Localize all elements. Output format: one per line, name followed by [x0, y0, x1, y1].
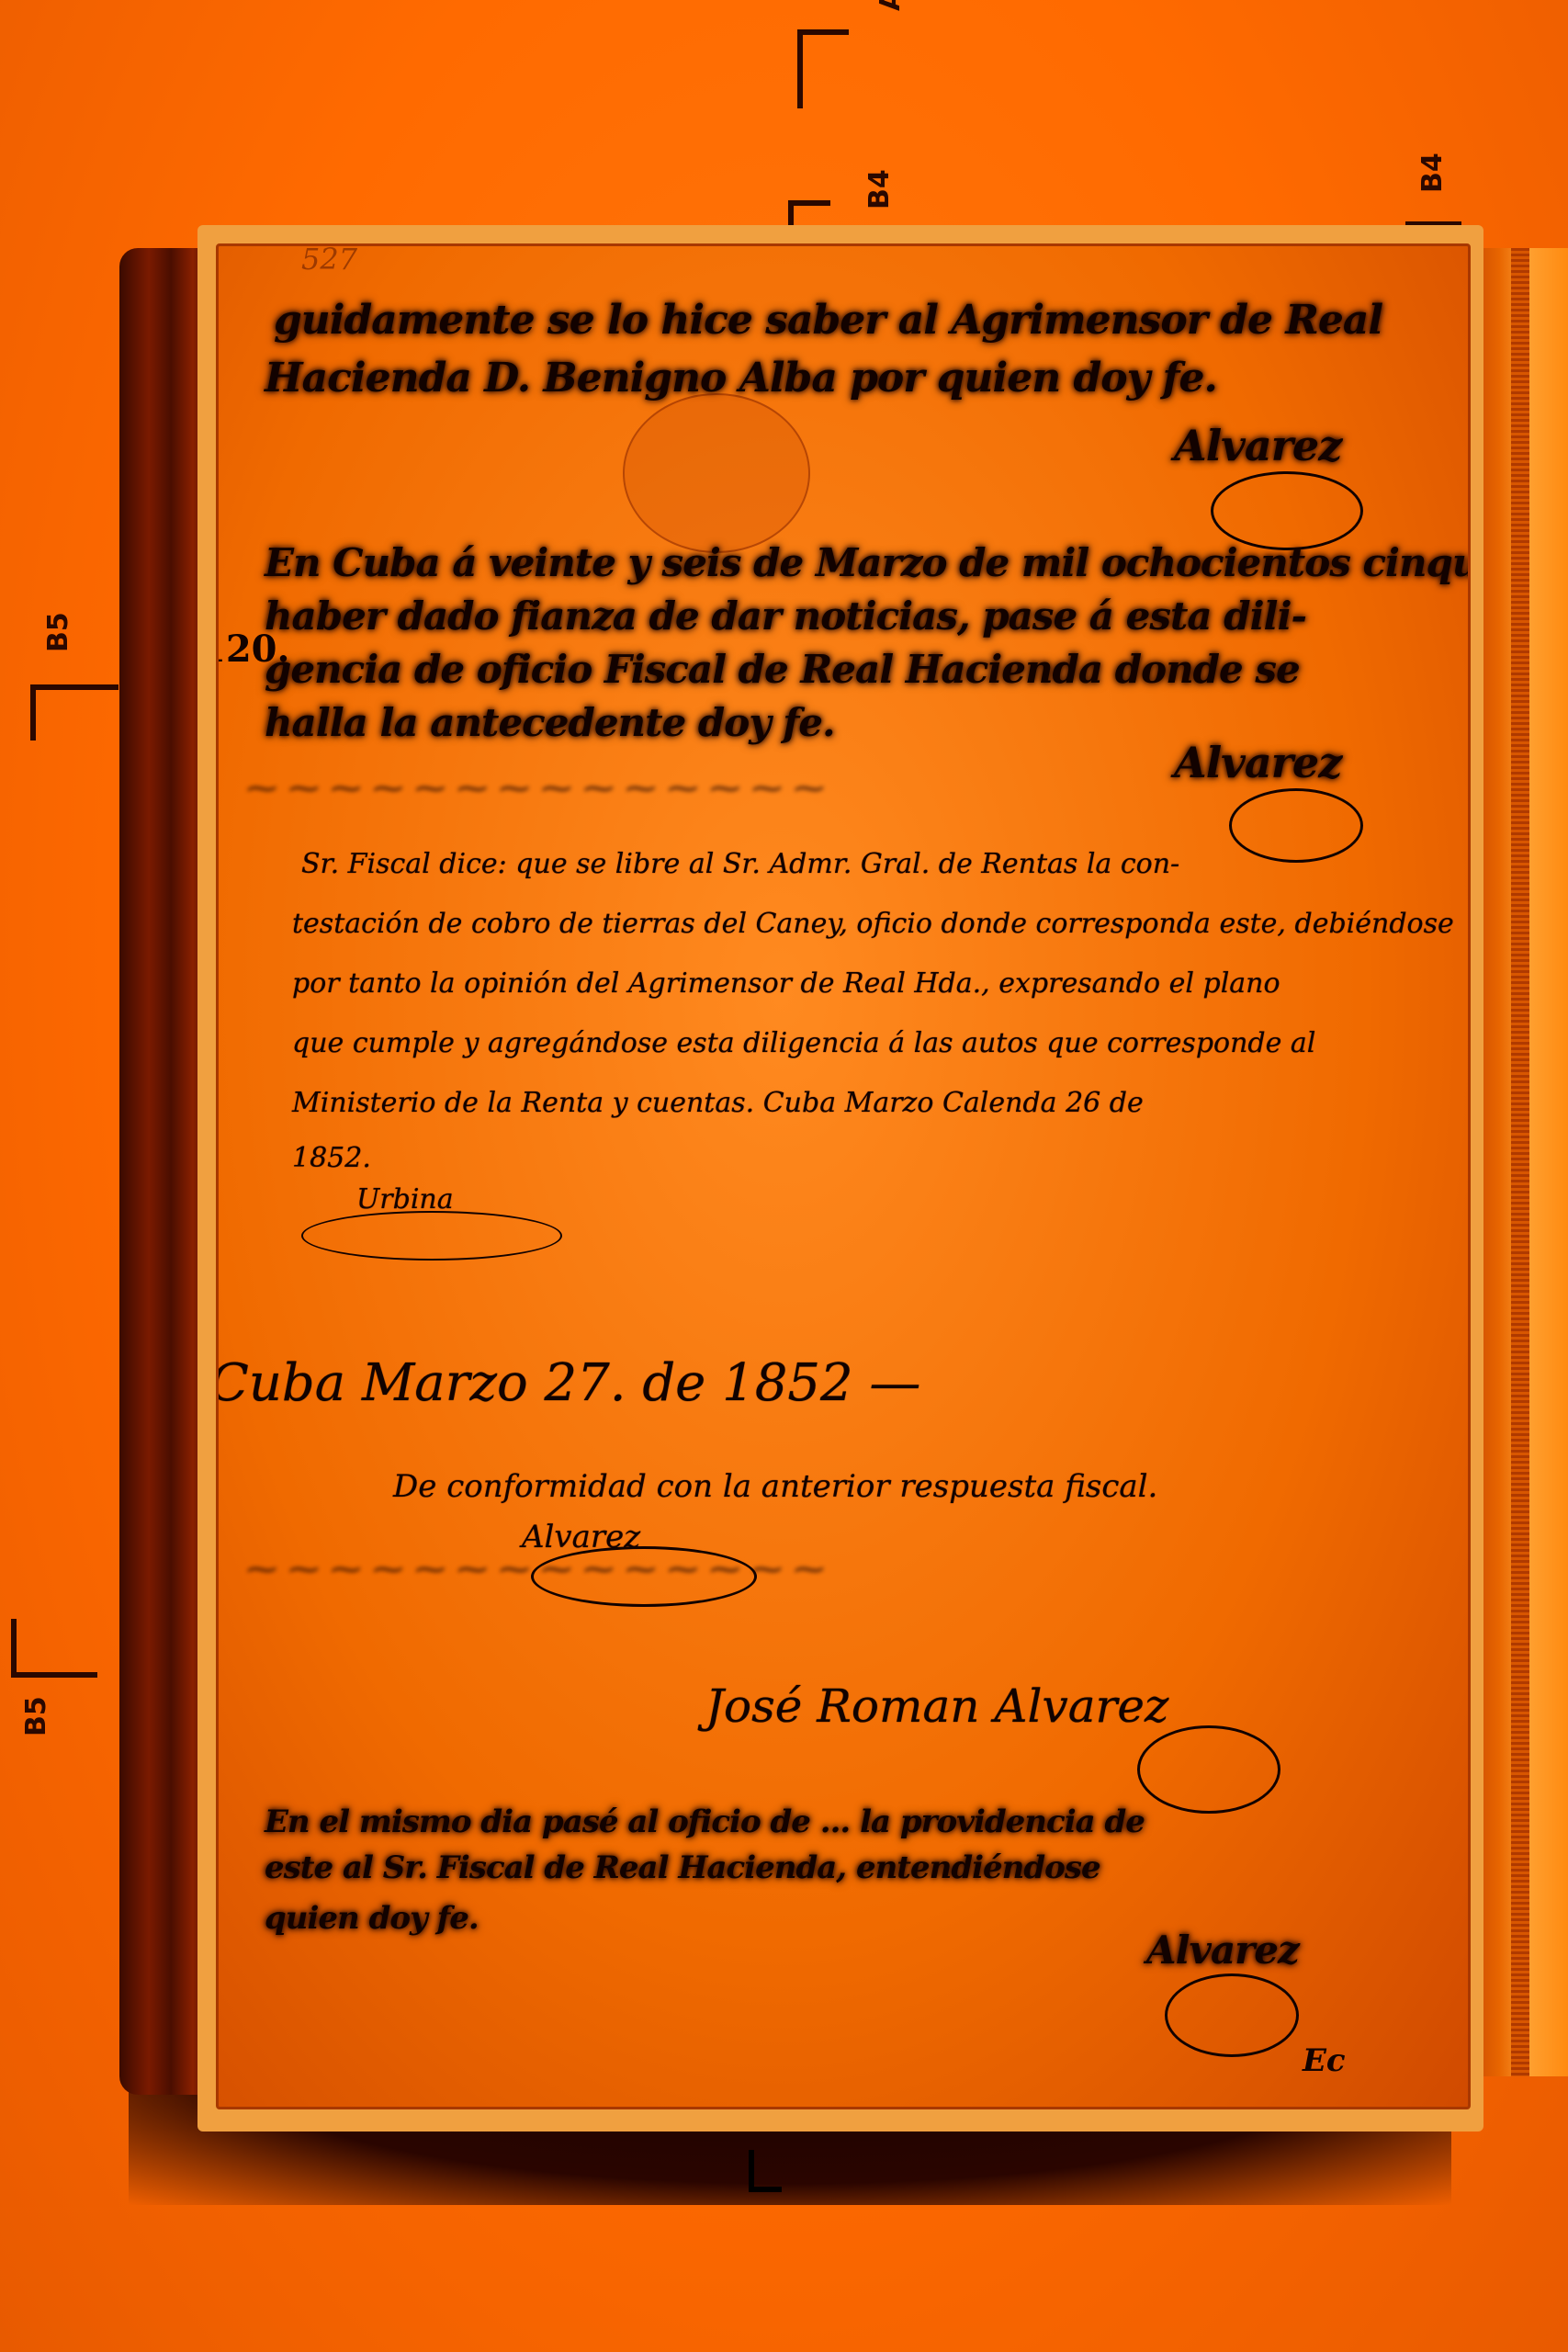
signature: Alvarez: [1174, 421, 1341, 470]
corner-number: 527: [301, 243, 357, 277]
bleed-through-line: ⁓ ⁓ ⁓ ⁓ ⁓ ⁓ ⁓ ⁓ ⁓ ⁓ ⁓ ⁓ ⁓ ⁓: [246, 770, 825, 807]
facing-page-edge: [1470, 248, 1568, 2076]
signature-flourish-icon: [531, 1546, 757, 1607]
signature: Alvarez: [1174, 738, 1341, 787]
signature-flourish-icon: [1137, 1725, 1280, 1814]
seal-stamp-watermark: [623, 393, 810, 553]
signature-full: José Roman Alvarez: [705, 1679, 1168, 1733]
signature-flourish-icon: [1229, 788, 1363, 863]
date-line: Cuba Marzo 27. de 1852 —: [216, 1353, 920, 1413]
signature-flourish-icon: [1211, 471, 1363, 550]
signature: Alvarez: [1146, 1928, 1299, 1973]
signature-flourish-icon: [301, 1211, 562, 1261]
folio-mark: Ec: [1303, 2042, 1346, 2079]
signature-flourish-icon: [1165, 1973, 1299, 2057]
manuscript-page: 527 guidamente se lo hice saber al Agrim…: [216, 243, 1471, 2109]
